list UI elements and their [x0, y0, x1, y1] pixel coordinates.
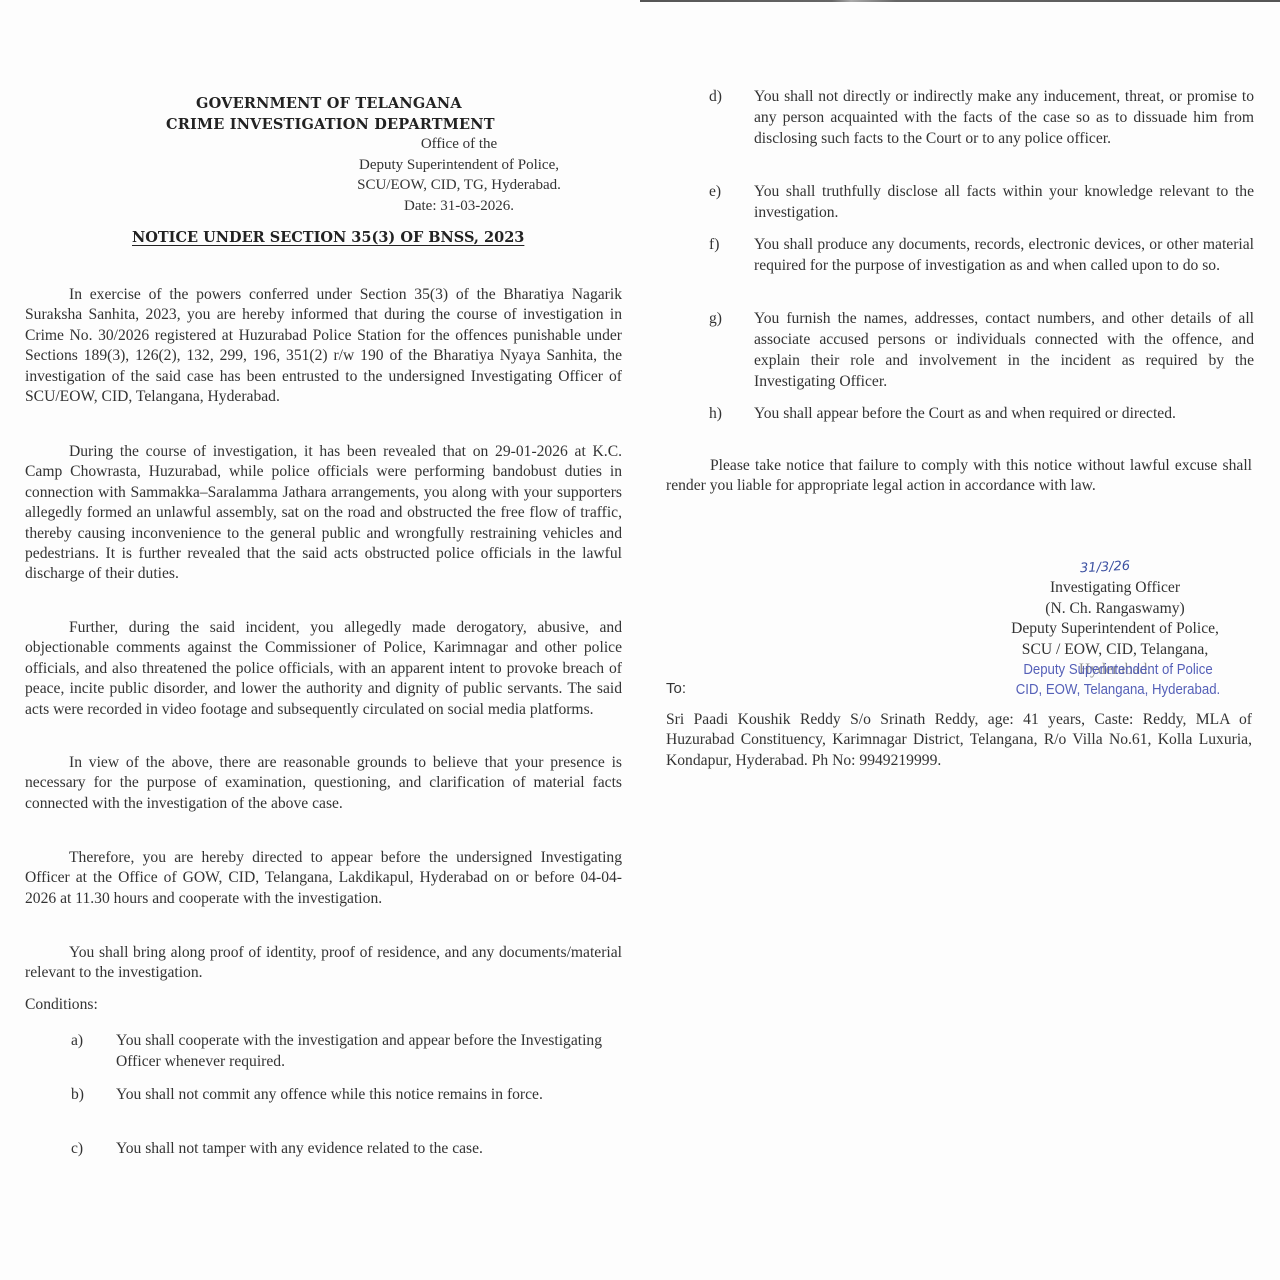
- condition-text: You shall cooperate with the investigati…: [116, 1030, 606, 1072]
- paragraph-documents: You shall bring along proof of identity,…: [25, 943, 622, 984]
- condition-text: You shall produce any documents, records…: [754, 234, 1254, 276]
- condition-text: You furnish the names, addresses, contac…: [754, 308, 1254, 392]
- office-line: Office of the: [334, 134, 584, 155]
- condition-letter: f): [709, 234, 719, 255]
- to-label: To:: [666, 680, 686, 697]
- notice-page-1: GOVERNMENT OF TELANGANA CRIME INVESTIGAT…: [0, 0, 640, 1280]
- condition-letter: b): [71, 1084, 84, 1105]
- condition-text: You shall not tamper with any evidence r…: [116, 1138, 606, 1159]
- condition-text: You shall not commit any offence while t…: [116, 1084, 606, 1105]
- condition-letter: a): [71, 1030, 83, 1051]
- stamp-line: Deputy Superintendent of Police: [1014, 660, 1222, 680]
- page-edge-divider: [640, 0, 1280, 2]
- stamp-line: CID, EOW, Telangana, Hyderabad.: [1014, 680, 1222, 700]
- paragraph-grounds: In view of the above, there are reasonab…: [25, 753, 622, 814]
- conditions-label: Conditions:: [25, 996, 98, 1014]
- paragraph-comments: Further, during the said incident, you a…: [25, 618, 622, 720]
- office-address-block: Office of the Deputy Superintendent of P…: [334, 134, 584, 216]
- paragraph-incident: During the course of investigation, it h…: [25, 442, 622, 585]
- condition-letter: c): [71, 1138, 83, 1159]
- paragraph-directive: Therefore, you are hereby directed to ap…: [25, 848, 622, 909]
- closing-paragraph: Please take notice that failure to compl…: [666, 456, 1252, 497]
- signatory-designation: Deputy Superintendent of Police,: [990, 619, 1240, 640]
- condition-letter: g): [709, 308, 722, 329]
- handwritten-signature-date: 31/3/26: [1080, 559, 1131, 577]
- condition-letter: d): [709, 86, 722, 107]
- notice-date: Date: 31-03-2026.: [334, 196, 584, 217]
- addressee-details: Sri Paadi Koushik Reddy S/o Srinath Redd…: [666, 710, 1252, 771]
- department-heading: CRIME INVESTIGATION DEPARTMENT: [166, 116, 495, 133]
- condition-text: You shall appear before the Court as and…: [754, 403, 1254, 424]
- paragraph-powers: In exercise of the powers conferred unde…: [25, 285, 622, 407]
- notice-title: NOTICE UNDER SECTION 35(3) OF BNSS, 2023: [132, 229, 524, 246]
- government-heading: GOVERNMENT OF TELANGANA: [196, 95, 462, 112]
- office-line: SCU/EOW, CID, TG, Hyderabad.: [334, 175, 584, 196]
- condition-text: You shall not directly or indirectly mak…: [754, 86, 1254, 149]
- office-line: Deputy Superintendent of Police,: [334, 155, 584, 176]
- condition-text: You shall truthfully disclose all facts …: [754, 181, 1254, 223]
- signatory-role: Investigating Officer: [990, 578, 1240, 599]
- condition-letter: e): [709, 181, 721, 202]
- condition-letter: h): [709, 403, 722, 424]
- signatory-unit: SCU / EOW, CID, Telangana,: [990, 640, 1240, 661]
- official-stamp: Deputy Superintendent of Police CID, EOW…: [1014, 660, 1222, 700]
- signatory-name: (N. Ch. Rangaswamy): [990, 599, 1240, 620]
